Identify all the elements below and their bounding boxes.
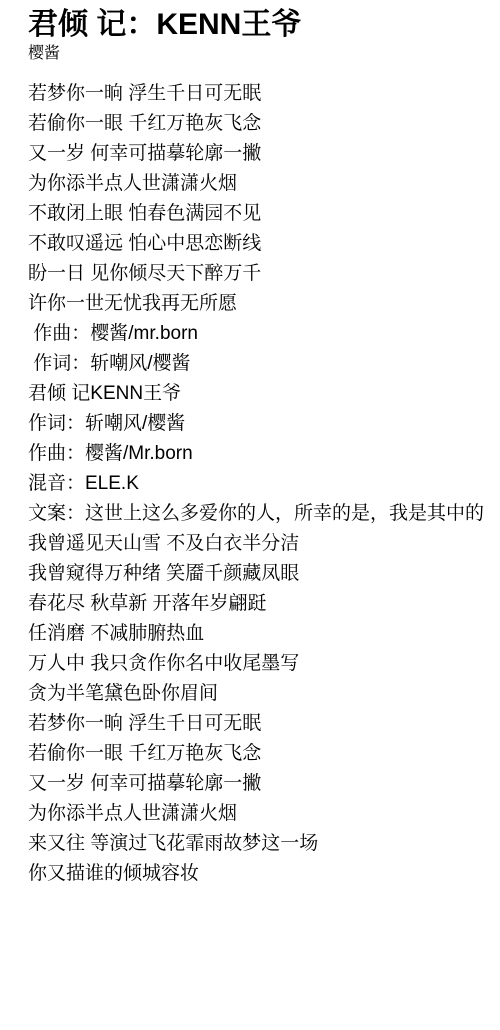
- lyric-line: 作词：斩嘲风/樱酱: [28, 349, 500, 379]
- lyric-line: 为你添半点人世潇潇火烟: [28, 799, 500, 829]
- lyric-line: 来又往 等演过飞花霏雨故梦这一场: [28, 829, 500, 859]
- lyric-line: 若梦你一晌 浮生千日可无眠: [28, 79, 500, 109]
- lyric-line: 为你添半点人世潇潇火烟: [28, 169, 500, 199]
- lyric-line: 文案：这世上这么多爱你的人，所幸的是，我是其中的: [28, 499, 500, 529]
- lyric-line: 作词：斩嘲风/樱酱: [28, 409, 500, 439]
- lyric-line: 贪为半笔黛色卧你眉间: [28, 679, 500, 709]
- lyric-line: 不敢闭上眼 怕春色满园不见: [28, 199, 500, 229]
- lyric-line: 不敢叹遥远 怕心中思恋断线: [28, 229, 500, 259]
- lyric-line: 作曲：樱酱/Mr.born: [28, 439, 500, 469]
- lyric-line: 你又描谁的倾城容妆: [28, 859, 500, 889]
- lyric-line: 万人中 我只贪作你名中收尾墨写: [28, 649, 500, 679]
- lyric-line: 我曾窥得万种绪 笑靥千颜藏凤眼: [28, 559, 500, 589]
- lyric-line: 若偷你一眼 千红万艳灰飞念: [28, 109, 500, 139]
- lyrics-page: 君倾 记：KENN王爷 樱酱 若梦你一晌 浮生千日可无眠若偷你一眼 千红万艳灰飞…: [0, 0, 500, 1030]
- lyric-line: 若梦你一晌 浮生千日可无眠: [28, 709, 500, 739]
- lyric-line: 盼一日 见你倾尽天下醉万千: [28, 259, 500, 289]
- lyric-line: 君倾 记KENN王爷: [28, 379, 500, 409]
- lyric-line: 混音：ELE.K: [28, 469, 500, 499]
- lyrics-body: 若梦你一晌 浮生千日可无眠若偷你一眼 千红万艳灰飞念又一岁 何幸可描摹轮廓一撇为…: [28, 79, 500, 889]
- lyric-line: 任消磨 不减肺腑热血: [28, 619, 500, 649]
- song-title: 君倾 记：KENN王爷: [28, 6, 500, 44]
- lyric-line: 许你一世无忧我再无所愿: [28, 289, 500, 319]
- lyric-line: 又一岁 何幸可描摹轮廓一撇: [28, 139, 500, 169]
- lyric-line: 作曲：樱酱/mr.born: [28, 319, 500, 349]
- lyric-line: 若偷你一眼 千红万艳灰飞念: [28, 739, 500, 769]
- artist-name: 樱酱: [28, 44, 500, 64]
- lyric-line: 春花尽 秋草新 开落年岁翩跹: [28, 589, 500, 619]
- lyric-line: 我曾遥见天山雪 不及白衣半分洁: [28, 529, 500, 559]
- lyric-line: 又一岁 何幸可描摹轮廓一撇: [28, 769, 500, 799]
